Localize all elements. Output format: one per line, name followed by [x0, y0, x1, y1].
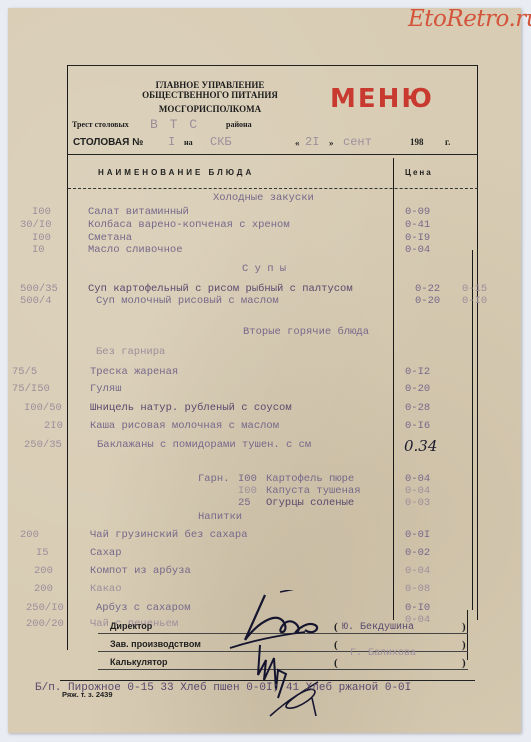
dish-price: 0-04: [405, 565, 430, 577]
garnish-portion: I00: [238, 485, 257, 497]
dish-name: Баклажаны с помидорами тушен. с см: [97, 439, 311, 451]
dish-price: 0-0I: [405, 529, 430, 541]
dish-name: Треска жареная: [90, 366, 178, 378]
dish-name: Компот из арбуза: [90, 565, 191, 577]
org-line-3: МОСГОРИСПОЛКОМА: [130, 104, 290, 114]
dish-price: 0-I9: [405, 232, 430, 244]
director-name: Ю. Бекдушина: [342, 622, 414, 633]
trust-value: В Т С: [150, 117, 199, 132]
frame-top-border: [68, 65, 478, 66]
menu-title: МЕНЮ: [330, 84, 434, 114]
dish-price: 0-I0: [405, 602, 430, 614]
garnish-portion: 25: [238, 497, 251, 509]
org-line-1: ГЛАВНОЕ УПРАВЛЕНИЕ: [130, 80, 290, 90]
print-code: Ряж. т. з. 2439: [62, 690, 113, 699]
price-column-divider: [393, 158, 394, 620]
dish-price: 0-08: [405, 583, 430, 595]
portion: 500/4: [20, 295, 52, 307]
canteen-number: I: [168, 135, 175, 149]
calculator-name: Г. Балихова: [350, 648, 416, 659]
signature-right-border: [467, 610, 468, 660]
portion: 75/I50: [12, 383, 50, 395]
dish-price: 0-I6: [405, 420, 430, 432]
frame-right-border: [477, 65, 478, 620]
day-close-quote: »: [329, 138, 334, 148]
day-value: 2I: [305, 135, 319, 149]
dish-name: Каша рисовая молочная с маслом: [90, 420, 279, 432]
day-open-quote: «: [295, 138, 300, 148]
garnish-price: 0-04: [405, 473, 430, 485]
dish-name: Без гарнира: [96, 346, 165, 358]
close-paren: ): [462, 657, 466, 669]
dish-price: 0-22: [415, 283, 440, 295]
dish-price: 0-I2: [405, 366, 430, 378]
director-label: Директор: [110, 621, 152, 631]
garnish-price: 0-03: [405, 497, 430, 509]
trust-label: Трест столовых: [72, 120, 129, 129]
portion: 200: [20, 529, 39, 541]
year-prefix: 198: [410, 137, 424, 147]
dish-name: Салат витаминный: [88, 206, 189, 218]
handwritten-price: 0.34: [404, 437, 437, 455]
close-paren: ): [462, 621, 466, 633]
production-label: Зав. производством: [110, 639, 201, 649]
dish-price: 0-41: [405, 219, 430, 231]
dish-name: Чай грузинский без сахара: [90, 529, 248, 541]
garnish-name: Огурцы соленые: [266, 497, 354, 509]
portion: I0: [32, 244, 45, 256]
month-value: сент: [343, 135, 372, 149]
dish-price: 0-02: [405, 547, 430, 559]
canteen-label: СТОЛОВАЯ №: [73, 137, 143, 148]
portion: 200: [34, 565, 53, 577]
frame-left-border: [67, 65, 68, 650]
dish-name: Колбаса варено-копченая с хреном: [88, 219, 290, 231]
dish-name: Какао: [90, 583, 122, 595]
portion: I00: [32, 206, 51, 218]
section-hot: Вторые горячие блюда: [243, 326, 369, 338]
dish-price-2: 0-15: [462, 283, 487, 295]
close-paren: ): [462, 639, 466, 651]
portion: 250/I0: [26, 602, 64, 614]
column-header-separator: [68, 188, 478, 189]
dish-name: Сахар: [90, 547, 122, 559]
garnish-label: Гарн.: [198, 473, 230, 485]
watermark-logo: EtoRetro.ru: [408, 6, 531, 32]
portion: I5: [36, 547, 49, 559]
dish-name: Шницель натур. рубленый с соусом: [90, 402, 292, 414]
header-separator: [68, 154, 478, 155]
portion: 200: [34, 583, 53, 595]
portion: 250/35: [24, 439, 62, 451]
dish-name: Масло сливочное: [88, 244, 183, 256]
on-value: СКБ: [210, 135, 232, 149]
section-cold: Холодные закуски: [213, 192, 314, 204]
portion: 500/35: [20, 283, 58, 295]
dish-name: Арбуз с сахаром: [96, 602, 191, 614]
dish-name: Суп молочный рисовый с маслом: [96, 295, 279, 307]
dish-price: 0-20: [405, 383, 430, 395]
portion: 2I0: [44, 420, 63, 432]
garnish-price: 0-04: [405, 485, 430, 497]
portion: I00/50: [24, 402, 62, 414]
open-paren: (: [334, 657, 338, 669]
year-suffix: г.: [445, 137, 450, 147]
portion: 200/20: [26, 618, 64, 630]
dish-name: Гуляш: [90, 383, 122, 395]
dish-name: Сметана: [88, 232, 132, 244]
dish-price: 0-20: [415, 295, 440, 307]
calculator-label: Калькулятор: [110, 657, 168, 667]
dish-price-2: 0-I0: [462, 295, 487, 307]
dish-price: 0-28: [405, 402, 430, 414]
dish-price: 0-04: [405, 244, 430, 256]
on-label: на: [184, 138, 193, 147]
section-soups: С у п ы: [242, 263, 286, 275]
district-label: района: [226, 120, 252, 129]
price-column-header: Цена: [405, 168, 433, 177]
dish-name: Суп картофельный с рисом рыбный с палтус…: [88, 283, 353, 295]
org-line-2: ОБЩЕСТВЕННОГО ПИТАНИЯ: [130, 90, 290, 100]
portion: I00: [32, 232, 51, 244]
garnish-portion: I00: [238, 473, 257, 485]
dish-price: 0-09: [405, 206, 430, 218]
garnish-name: Картофель пюре: [266, 473, 354, 485]
portion: 75/5: [12, 366, 37, 378]
portion: 30/I0: [20, 219, 52, 231]
dish-column-header: НАИМЕНОВАНИЕ БЛЮДА: [98, 168, 254, 177]
section-drinks: Напитки: [198, 511, 242, 523]
garnish-name: Капуста тушеная: [266, 485, 361, 497]
